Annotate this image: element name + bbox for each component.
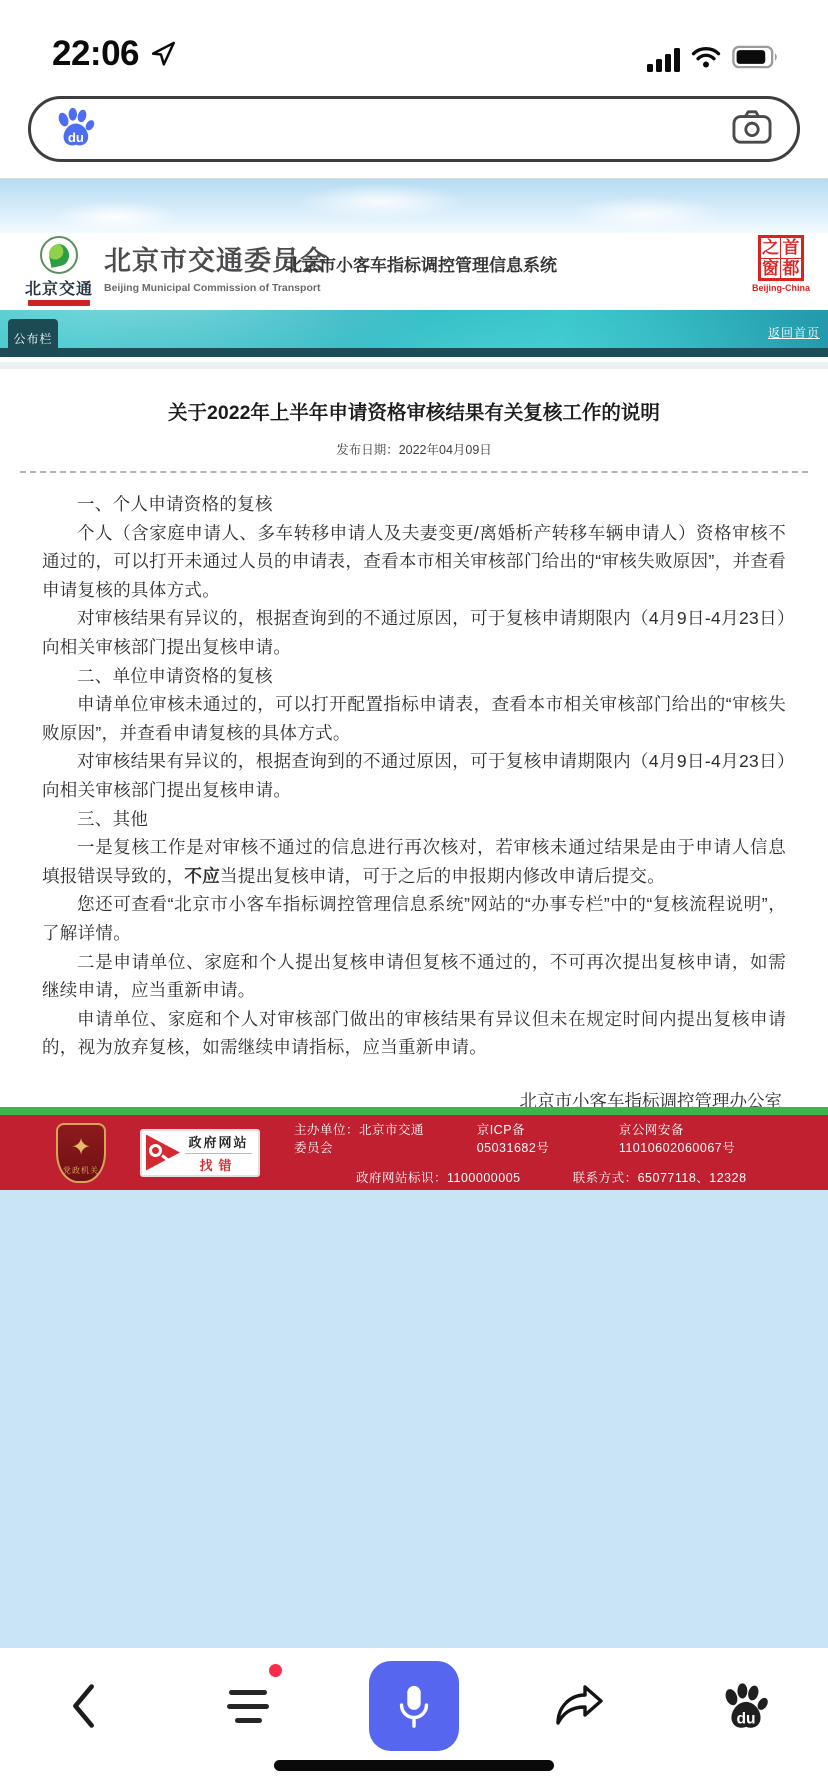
paragraph: 对审核结果有异议的，根据查询到的不通过原因，可于复核申请期限内（4月9日-4月2… <box>42 747 786 804</box>
beijing-china-stamp: 之 首 窗 都 Beijing-China <box>750 235 812 293</box>
home-indicator[interactable] <box>274 1760 554 1771</box>
paragraph: 二是申请单位、家庭和个人提出复核申请但复核不通过的，不可再次提出复核申请，如需继… <box>42 948 786 1005</box>
site-header: 北京交通 北京市交通委员会 Beijing Municipal Commissi… <box>0 233 828 310</box>
paragraph: 对审核结果有异议的，根据查询到的不通过原因，可于复核申请期限内（4月9日-4月2… <box>42 604 786 661</box>
content-top-divider <box>0 362 828 369</box>
footer-info-item: 京ICP备05031682号 <box>477 1120 579 1156</box>
system-name: 北京市小客车指标调控管理信息系统 <box>285 251 557 276</box>
return-home-link[interactable]: 返回首页 <box>768 324 820 341</box>
paragraph: 一、个人申请资格的复核 <box>42 490 786 519</box>
logo-caption: 北京交通 <box>24 276 94 299</box>
transport-commission-logo: 北京交通 <box>24 236 94 306</box>
footer-line-2: 政府网站标识：1100000005联系方式：65077118、12328 <box>356 1168 772 1186</box>
paragraph: 您还可查看“北京市小客车指标调控管理信息系统”网站的“办事专栏”中的“复核流程说… <box>42 890 786 947</box>
stamp-caption: Beijing-China <box>750 283 812 293</box>
baidu-paw-icon: du <box>719 1680 771 1732</box>
header-sky-decoration <box>0 178 828 233</box>
document-title: 关于2022年上半年申请资格审核结果有关复核工作的说明 <box>42 397 786 425</box>
document-paragraphs: 一、个人申请资格的复核个人（含家庭申请人、多车转移申请人及夫妻变更/离婚析产转移… <box>42 490 786 1062</box>
paragraph: 个人（含家庭申请人、多车转移申请人及夫妻变更/离婚析产转移车辆申请人）资格审核不… <box>42 519 786 605</box>
paragraph: 二、单位申请资格的复核 <box>42 662 786 691</box>
battery-icon <box>732 45 780 74</box>
back-button[interactable] <box>35 1658 131 1754</box>
notification-dot <box>269 1664 282 1677</box>
site-error-report-badge[interactable]: 政府网站 找错 <box>140 1129 260 1177</box>
tab-bulletin-board[interactable]: 公布栏 <box>8 319 58 357</box>
dashed-separator <box>20 471 808 473</box>
menu-button[interactable] <box>200 1658 296 1754</box>
org-name-en: Beijing Municipal Commission of Transpor… <box>104 282 328 294</box>
logo-red-bar <box>28 300 90 306</box>
search-input[interactable]: du <box>28 96 800 162</box>
baidu-logo-icon: du <box>53 105 97 154</box>
svg-text:du: du <box>737 1711 756 1728</box>
banner-wave-decoration <box>0 310 828 348</box>
publish-date: 发布日期：2022年04月09日 <box>42 440 786 458</box>
document-area: 关于2022年上半年申请资格审核结果有关复核工作的说明 发布日期：2022年04… <box>0 357 828 1107</box>
share-button[interactable] <box>532 1658 628 1754</box>
page-background-area <box>0 1190 828 1648</box>
status-time: 22:06 <box>52 34 139 74</box>
footer-info-item: 联系方式：65077118、12328 <box>573 1168 747 1186</box>
gov-org-shield-badge: ✦ 党政机关 <box>56 1123 106 1183</box>
section-banner: 公布栏 返回首页 <box>0 310 828 357</box>
voice-search-button[interactable] <box>366 1658 462 1754</box>
footer-info-item: 京公网安备11010602060067号 <box>619 1120 772 1156</box>
footer-info-item: 主办单位：北京市交通委员会 <box>294 1120 437 1156</box>
browser-search-area: du <box>0 88 828 178</box>
signal-bars-icon <box>647 48 680 72</box>
menu-list-icon <box>227 1690 269 1723</box>
share-forward-icon <box>554 1682 606 1730</box>
green-divider-strip <box>0 1107 828 1115</box>
logo-emblem-icon <box>40 236 78 274</box>
paragraph: 三、其他 <box>42 805 786 834</box>
paragraph: 申请单位审核未通过的，可以打开配置指标申请表，查看本市相关审核部门给出的“审核失… <box>42 690 786 747</box>
microphone-icon <box>391 1681 437 1731</box>
site-footer: ✦ 党政机关 政府网站 找错 主办单位：北京市交通委员会京ICP备0503168… <box>0 1115 828 1190</box>
find-error-flag-icon <box>146 1135 180 1171</box>
location-arrow-icon <box>149 38 177 71</box>
wifi-icon <box>691 45 721 74</box>
footer-line-1: 主办单位：北京市交通委员会京ICP备05031682号京公网安备11010602… <box>294 1120 772 1156</box>
footer-info-item: 政府网站标识：1100000005 <box>356 1168 521 1186</box>
baidu-home-button[interactable]: du <box>697 1658 793 1754</box>
status-bar: 22:06 <box>0 0 828 88</box>
camera-icon[interactable] <box>731 108 773 151</box>
paragraph: 一是复核工作是对审核不通过的信息进行再次核对，若审核未通过结果是由于申请人信息填… <box>42 833 786 890</box>
svg-text:du: du <box>68 129 84 144</box>
stamp-seal-icon: 之 首 窗 都 <box>758 235 804 281</box>
paragraph: 申请单位、家庭和个人对审核部门做出的审核结果有异议但未在规定时间内提出复核申请的… <box>42 1005 786 1062</box>
shield-emblem-icon: ✦ <box>71 1136 91 1160</box>
